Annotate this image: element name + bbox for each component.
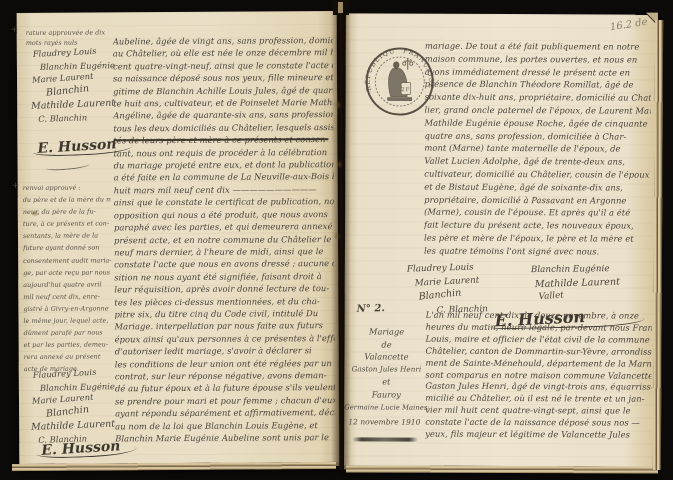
margin-signatures-block-2: Flaudrey LouisBlanchin EugénieMarie Laur… [31, 368, 121, 447]
act2-margin-title: MariagedeValancetteGaston Jules HenrietF… [344, 325, 428, 414]
act-text-line: les père et mère de l'époux, le père et … [424, 232, 650, 246]
margin-title-line: Valancette [344, 351, 428, 364]
renvoi-line: ture, à ce présents et con- [23, 218, 111, 231]
act-text-line: cultivateur, domicilié au Châtelier, cou… [424, 168, 650, 182]
register-scan: + rature approuvée de dixmots rayés nuls… [0, 0, 673, 480]
act-text-line: ment de Sainte-Ménehould, département de… [425, 357, 651, 370]
foxing-spot [30, 210, 40, 217]
stamp-value: 2F [401, 87, 410, 93]
act-text-line: Châtelier, canton de Dommartin-sur-Yèvre… [425, 345, 651, 358]
act-text-line: Louis, maire et officier de l'état civil… [426, 333, 652, 346]
act-text-line: Vallet Lucien Adolphe, âgé de trente-deu… [424, 155, 650, 169]
renvoi-line: renvoi approuvé : [23, 181, 111, 194]
mayor-signature-flourish-2: E. Husson [41, 438, 121, 459]
act-text-line: et de Bistaut Eugène, âgé de soixante-di… [424, 180, 650, 194]
act-text-line: constate l'acte que nous en avons dressé… [114, 257, 334, 271]
mayor-signature-flourish: E. Husson [37, 136, 117, 157]
stamp-allegory-figure [388, 59, 413, 101]
renvoi-line: aujourd'hui quatre avril [23, 278, 111, 291]
act-text-line: vier mil huit cent quatre-vingt-sept, ai… [425, 405, 651, 418]
act-text-line: au Châtelier, où elle est née le onze dé… [113, 46, 333, 60]
paraph-ink-bar [352, 437, 418, 441]
renvoi-line: rera annexé au présent [24, 351, 112, 364]
left-page-edge-stack [12, 462, 336, 471]
act2-margin-date: 12 novembre 1910 [348, 417, 420, 426]
act-text-line: leur réquisition, après avoir donné lect… [114, 282, 334, 296]
act-text-line: constate l'acte de la naissance déposé s… [425, 417, 651, 430]
act-text-line: Mathilde Eugénie épouse Roche, âgée de c… [424, 116, 650, 130]
act-text-line: Gaston Jules Henri, âgé de vingt-trois a… [425, 381, 651, 394]
act-text-line: tés de leurs père et mère à ce présents … [113, 133, 333, 147]
renvoi-line: sentants, la mère de la [23, 230, 111, 243]
renvoi-line: dûment parafé par nous [24, 327, 112, 340]
act-text-line: Angéline, âgée de quarante-six ans, sans… [113, 108, 333, 122]
act2-text: L'an mil neuf cent dix, le douze novembr… [425, 310, 652, 442]
act-text-line: maison commune, les portes ouvertes, et … [425, 52, 651, 66]
act-text-line: a été faite en la commune de La Neuville… [114, 171, 334, 185]
renvoi-plus-mark: + [11, 25, 19, 35]
act-text-line: lier, grand oncle paternel de l'époux, d… [425, 104, 651, 118]
foxing-spot [334, 100, 342, 110]
renvoi-line: du père et de la mère du mi- [23, 194, 111, 207]
act-text-line: les quatre témoins l'ont signé avec nous… [424, 244, 650, 258]
act-text-line: heures du matin, heure légale, par-devan… [426, 322, 652, 335]
renvoi-line: le même jour, lequel acte, [23, 314, 111, 327]
renvoi-line: ge, par acte reçu par nous [23, 266, 111, 279]
margin-note-line: rature approuvée de dix [26, 28, 112, 38]
foxing-spot [336, 160, 343, 169]
act-number: N° 2. [357, 303, 386, 315]
act-text-line: sa naissance déposé sous nos yeux, fille… [113, 71, 333, 85]
right-page: 16.2 de RÉPUBLIQUE FRANÇAISE 2F mariage.… [344, 13, 658, 466]
spine-headband [333, 0, 349, 15]
left-page-act-text: Aubeline, âgée de vingt ans, sans profes… [113, 34, 335, 445]
act-text-line: dé au futur époux et à la future épouse … [115, 381, 335, 395]
margin-title-line: Germaine Lucie Mainesse [344, 401, 428, 414]
act1-continuation-text: mariage. De tout a été fait publiquement… [424, 40, 651, 259]
act-text-line: sont comparus en notre maison commune Va… [425, 369, 651, 382]
renvoi-line: et par les parties, demeu- [24, 339, 112, 352]
right-page-edge-stack [346, 465, 658, 473]
act-text-line: L'an mil neuf cent dix, le douze novembr… [426, 310, 652, 323]
act-text-line: avons immédiatement dressé le présent ac… [425, 65, 651, 79]
act-text-line: ainsi que le constate le certificat de p… [114, 195, 334, 209]
act-text-line: ayant répondu séparément et affirmativem… [115, 406, 335, 420]
act-text-line: paraphé avec les parties, et qui demeure… [114, 220, 334, 234]
renvoi-line: consentement audit maria- [23, 254, 111, 267]
margin-title-line: de [345, 338, 429, 351]
act-text-line: Blanchin Marie Eugénie Aubeline sont uni… [115, 431, 335, 445]
left-page: + rature approuvée de dixmots rayés nuls… [17, 11, 340, 464]
margin-title-line: Mariage [345, 325, 429, 338]
act-text-line: mont (Marne) tante maternelle de l'époux… [424, 142, 650, 156]
renvoi-line: future ayant donné son [23, 242, 111, 255]
renvoi-line: gistré à Givry-en-Argonne [23, 302, 111, 315]
folio-pencil-annotation: 16.2 de [610, 17, 649, 34]
act-text-line: micilié au Châtelier, où il est né le tr… [425, 393, 651, 406]
margin-signatures-block-1: Flaudrey LouisBlanchin EugénieMarie Laur… [31, 47, 121, 126]
renvoi-line: mil neuf cent dix, enre- [23, 290, 111, 303]
act-text-line: soixante dix-huit ans, propriétaire, dom… [425, 91, 651, 105]
act-text-line: yeux, fils majeur et légitime de Valance… [425, 429, 651, 442]
act-text-line: fait lecture du présent acte, les nouvea… [424, 219, 650, 233]
act-text-line: (Marne), cousin de l'épouse. Et après qu… [424, 206, 650, 220]
act-text-line: d'autoriser ledit mariage, s'avoir à déc… [115, 344, 335, 358]
act-text-line: quatre ans, sans profession, domiciliée … [424, 129, 650, 143]
renvoi-plus-mark-2: + [12, 181, 20, 191]
margin-title-line: Gaston Jules Henri [344, 363, 428, 376]
foxing-spot [333, 232, 341, 240]
margin-title-line: et [344, 376, 428, 389]
act-text-line: mariage. De tout a été fait publiquement… [425, 40, 651, 54]
act-text-line: présence de Blanchin Théodore Romillat, … [425, 78, 651, 92]
act-text-line: propriétaire, domicilié à Passavant en A… [424, 193, 650, 207]
signature-scribble [45, 161, 89, 172]
signature: C. Blanchin [38, 110, 121, 126]
right-side-page-stack [653, 20, 663, 470]
margin-title-line: Fauroy [344, 388, 428, 401]
act-text-line: Mariage. interpellation par nous faite a… [115, 319, 335, 333]
